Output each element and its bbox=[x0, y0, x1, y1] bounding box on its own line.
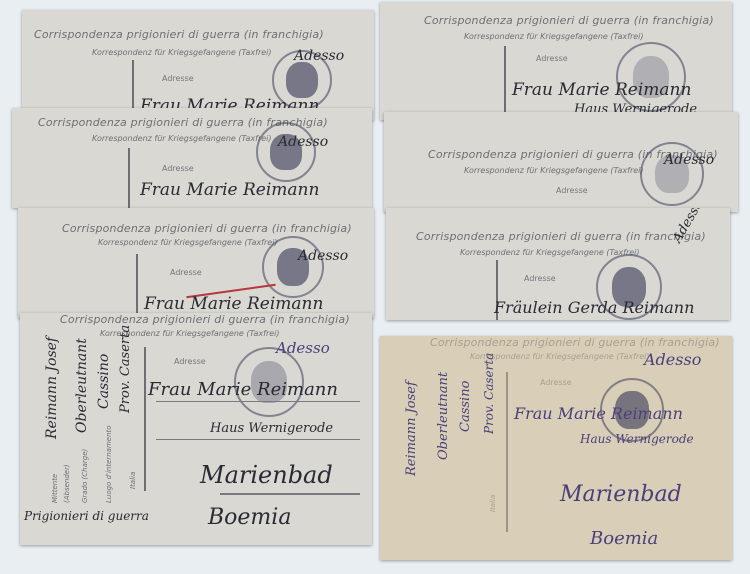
postcard-right-2: Corrispondenza prigionieri di guerra (in… bbox=[384, 112, 738, 212]
form-title-italian: Corrispondenza prigionieri di guerra (in… bbox=[60, 313, 350, 326]
address-label: Adresse bbox=[540, 378, 572, 387]
recipient-street: Haus Wernigerode bbox=[210, 421, 333, 436]
postcard-left-4: Corrispondenza prigionieri di guerra (in… bbox=[20, 313, 372, 545]
postcard-left-2: Corrispondenza prigionieri di guerra (in… bbox=[12, 108, 372, 208]
recipient-city: Marienbad bbox=[560, 482, 682, 507]
address-label: Adresse bbox=[174, 357, 206, 366]
censor-mark: Adesso bbox=[294, 48, 344, 64]
address-label: Adresse bbox=[170, 268, 202, 277]
address-label: Adresse bbox=[524, 274, 556, 283]
recipient-name: Fräulein Gerda Reimann bbox=[494, 298, 694, 317]
divider-line bbox=[136, 254, 138, 314]
recipient-region: Boemia bbox=[208, 505, 291, 530]
sender-label-german: (Absender) bbox=[63, 464, 71, 503]
censor-mark: Adesso bbox=[298, 248, 348, 264]
censor-mark: Adesso bbox=[664, 152, 714, 168]
recipient-city: Marienbad bbox=[200, 461, 333, 489]
recipient-name: Frau Marie Reimann bbox=[514, 404, 683, 423]
sender-province: Prov. Caserta bbox=[482, 353, 496, 434]
form-title-italian: Corrispondenza prigionieri di guerra (in… bbox=[34, 28, 324, 41]
rank-label: Grado (Charge) bbox=[81, 449, 89, 503]
postcard-right-4: Corrispondenza prigionieri di guerra (in… bbox=[380, 336, 732, 560]
country-wrap: Italia bbox=[120, 472, 139, 489]
address-line-3 bbox=[220, 493, 360, 495]
censor-mark: Adesso bbox=[278, 134, 328, 150]
recipient-region: Boemia bbox=[590, 528, 658, 549]
address-label: Adresse bbox=[162, 164, 194, 173]
address-label: Adresse bbox=[162, 74, 194, 83]
postcard-right-3: Corrispondenza prigionieri di guerra (in… bbox=[386, 208, 730, 320]
form-title-italian: Corrispondenza prigionieri di guerra (in… bbox=[430, 336, 720, 349]
country-label: Italia bbox=[129, 472, 137, 489]
recipient-name: Frau Marie Reimann bbox=[140, 180, 319, 200]
form-title-german: Korrespondenz für Kriegsgefangene (Taxfr… bbox=[464, 166, 644, 175]
divider-line bbox=[506, 372, 508, 532]
postcard-right-1: Corrispondenza prigionieri di guerra (in… bbox=[380, 2, 732, 120]
sender-label-de: (Absender) bbox=[54, 464, 73, 503]
divider-line bbox=[128, 148, 130, 208]
address-label: Adresse bbox=[536, 54, 568, 63]
recipient-name: Frau Marie Reimann bbox=[144, 294, 323, 314]
censor-stamp bbox=[256, 122, 316, 182]
form-title-german: Korrespondenz für Kriegsgefangene (Taxfr… bbox=[92, 48, 272, 57]
recipient-name: Frau Marie Reimann bbox=[512, 80, 691, 100]
sender-name: Reimann Josef bbox=[44, 337, 60, 439]
sender-camp: Cassino bbox=[458, 381, 473, 432]
sender-province: Prov. Caserta bbox=[118, 325, 133, 413]
divider-line bbox=[144, 347, 146, 491]
postcard-left-3: Corrispondenza prigionieri di guerra (in… bbox=[18, 208, 374, 318]
sender-rank: Oberleutnant bbox=[436, 372, 451, 460]
rank-label-wrap: Grado (Charge) bbox=[72, 449, 91, 503]
sender-note: Prigionieri di guerra bbox=[24, 509, 149, 523]
recipient-name: Frau Marie Reimann bbox=[148, 379, 338, 400]
censor-mark: Adesso bbox=[644, 350, 701, 369]
country-label: Italia bbox=[489, 495, 497, 512]
form-title-italian: Corrispondenza prigionieri di guerra (in… bbox=[416, 230, 706, 243]
address-line-1 bbox=[156, 401, 360, 402]
postcard-left-1: Corrispondenza prigionieri di guerra (in… bbox=[22, 10, 374, 120]
censor-stamp bbox=[262, 236, 324, 298]
form-title-italian: Corrispondenza prigionieri di guerra (in… bbox=[424, 14, 714, 27]
form-title-italian: Corrispondenza prigionieri di guerra (in… bbox=[62, 222, 352, 235]
divider-line bbox=[504, 46, 506, 120]
form-title-german: Korrespondenz für Kriegsgefangene (Taxfr… bbox=[470, 352, 650, 361]
sender-name: Reimann Josef bbox=[404, 381, 419, 476]
form-title-german: Korrespondenz für Kriegsgefangene (Taxfr… bbox=[92, 134, 272, 143]
country-wrap: Italia bbox=[480, 495, 499, 512]
place-label: Luogo d'internamento bbox=[105, 425, 113, 503]
censor-mark: Adesso bbox=[276, 339, 330, 357]
address-line-2 bbox=[156, 439, 360, 440]
sender-camp: Cassino bbox=[96, 354, 112, 409]
form-title-german: Korrespondenz für Kriegsgefangene (Taxfr… bbox=[460, 248, 640, 257]
recipient-street: Haus Wernigerode bbox=[580, 432, 694, 446]
address-label: Adresse bbox=[556, 186, 588, 195]
form-title-german: Korrespondenz für Kriegsgefangene (Taxfr… bbox=[464, 32, 644, 41]
place-label-wrap: Luogo d'internamento bbox=[96, 425, 115, 503]
sender-rank: Oberleutnant bbox=[74, 338, 90, 433]
form-title-german: Korrespondenz für Kriegsgefangene (Taxfr… bbox=[98, 238, 278, 247]
